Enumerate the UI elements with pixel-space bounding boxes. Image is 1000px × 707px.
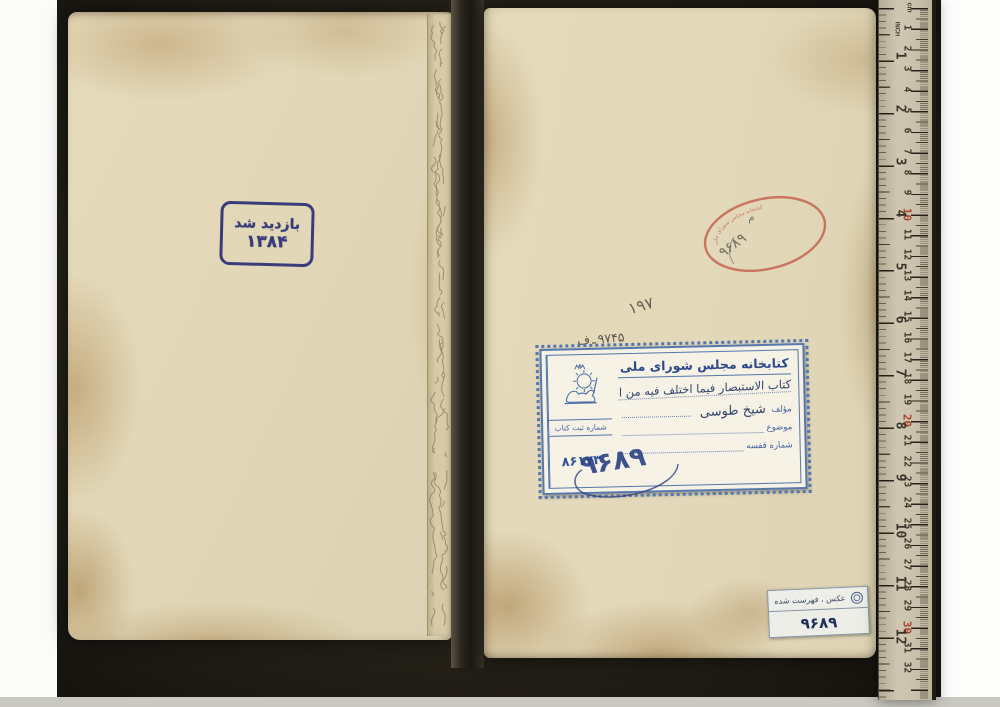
pencil-film-letter: ف bbox=[577, 332, 591, 348]
ruler-inch-number: 11 bbox=[893, 576, 908, 592]
ruler-cm-number: 24 bbox=[902, 495, 913, 509]
label-field-subject: موضوع bbox=[619, 422, 792, 436]
ruler-cm-number: 29 bbox=[902, 599, 913, 613]
ruler-cm-number: 32 bbox=[902, 661, 913, 675]
ruler-cm-number: 9 bbox=[902, 186, 913, 200]
book-spine bbox=[451, 0, 484, 668]
ruler-cm-number: 6 bbox=[902, 124, 913, 138]
dotted-line bbox=[622, 407, 691, 419]
ruler-inch-number: 1 bbox=[893, 48, 908, 64]
ruler-inch-number: 12 bbox=[893, 628, 908, 644]
ruler-cm-number: 27 bbox=[902, 557, 913, 571]
scan-white-margin-left bbox=[0, 0, 57, 697]
ruler-inch-number: 9 bbox=[893, 470, 908, 486]
catalog-caption: عکس ، فهرست شده bbox=[772, 593, 847, 605]
ruler-inch-number: 8 bbox=[893, 417, 908, 433]
ruler-inch-number: 5 bbox=[893, 259, 908, 275]
oval-stamp-pencil-letter: م bbox=[747, 210, 755, 224]
ruler-inch-number: 3 bbox=[893, 153, 908, 169]
shelf-field-label: شماره قفسه bbox=[746, 440, 793, 451]
catalog-stamp-icon bbox=[850, 591, 864, 605]
book-right-endpaper bbox=[484, 8, 876, 658]
subject-field-label: موضوع bbox=[766, 422, 792, 433]
scan-white-margin-right bbox=[941, 0, 1000, 697]
inspection-stamp: بازدید شد ۱۳۸۴ bbox=[219, 201, 315, 267]
ruler-inch-number: 6 bbox=[893, 312, 908, 328]
ruler-inch-number: 10 bbox=[893, 523, 908, 539]
ruler-inch-label: INCH bbox=[893, 22, 899, 37]
lion-sun-emblem-icon bbox=[557, 361, 602, 414]
ruler-cm-number: 26 bbox=[902, 537, 913, 551]
ruler-cm-number: 17 bbox=[902, 351, 913, 365]
ruler-cm-number: 11 bbox=[902, 227, 913, 241]
ruler-cm-number: 22 bbox=[902, 454, 913, 468]
marginalia-squiggles-icon bbox=[428, 14, 453, 636]
pencil-film-dash: ـ bbox=[591, 331, 596, 346]
inspection-stamp-text: بازدید شد bbox=[234, 215, 300, 233]
measuring-ruler: cm INCH 12345678910111213141516171819202… bbox=[878, 0, 936, 700]
ruler-cm-number: 19 bbox=[902, 392, 913, 406]
dotted-line bbox=[622, 423, 764, 436]
ink-flourish-icon bbox=[566, 438, 696, 510]
label-header-text: کتابخانه مجلس شورای ملی bbox=[620, 355, 789, 374]
author-field-value: شیخ طوسی bbox=[699, 402, 765, 421]
scanned-book-photo: بازدید شد ۱۳۸۴ کتابخانه مجلس شورای ملی م… bbox=[0, 0, 1000, 707]
ruler-cm-number: 1 bbox=[902, 21, 913, 35]
ruler-cm-number: 14 bbox=[902, 289, 913, 303]
ruler-inch-number: 2 bbox=[893, 100, 908, 116]
ruler-cm-number: 4 bbox=[902, 82, 913, 96]
fore-edge-marginalia bbox=[427, 14, 452, 636]
catalog-number: ۹۶۸۹ bbox=[769, 608, 869, 637]
ruler-cm-ticks bbox=[911, 8, 928, 700]
scanner-bed-strip bbox=[0, 697, 1000, 707]
ruler-cm-number: 16 bbox=[902, 330, 913, 344]
inspection-stamp-year: ۱۳۸۴ bbox=[246, 231, 288, 252]
author-field-label: مؤلف bbox=[771, 404, 792, 414]
label-field-author: مؤلف شیخ طوسی bbox=[619, 402, 792, 418]
ruler-inch-number: 7 bbox=[893, 364, 908, 380]
ruler-cm-number: 3 bbox=[902, 62, 913, 76]
ruler-inch-number: 4 bbox=[893, 206, 908, 222]
pencil-film-digits: ۹۷۴۵ bbox=[597, 329, 625, 346]
ruler-cm-number: 21 bbox=[902, 434, 913, 448]
book-left-cover: بازدید شد ۱۳۸۴ bbox=[68, 12, 452, 640]
catalog-label: عکس ، فهرست شده ۹۶۸۹ bbox=[767, 586, 870, 638]
ruler-cm-label: cm bbox=[905, 2, 912, 12]
